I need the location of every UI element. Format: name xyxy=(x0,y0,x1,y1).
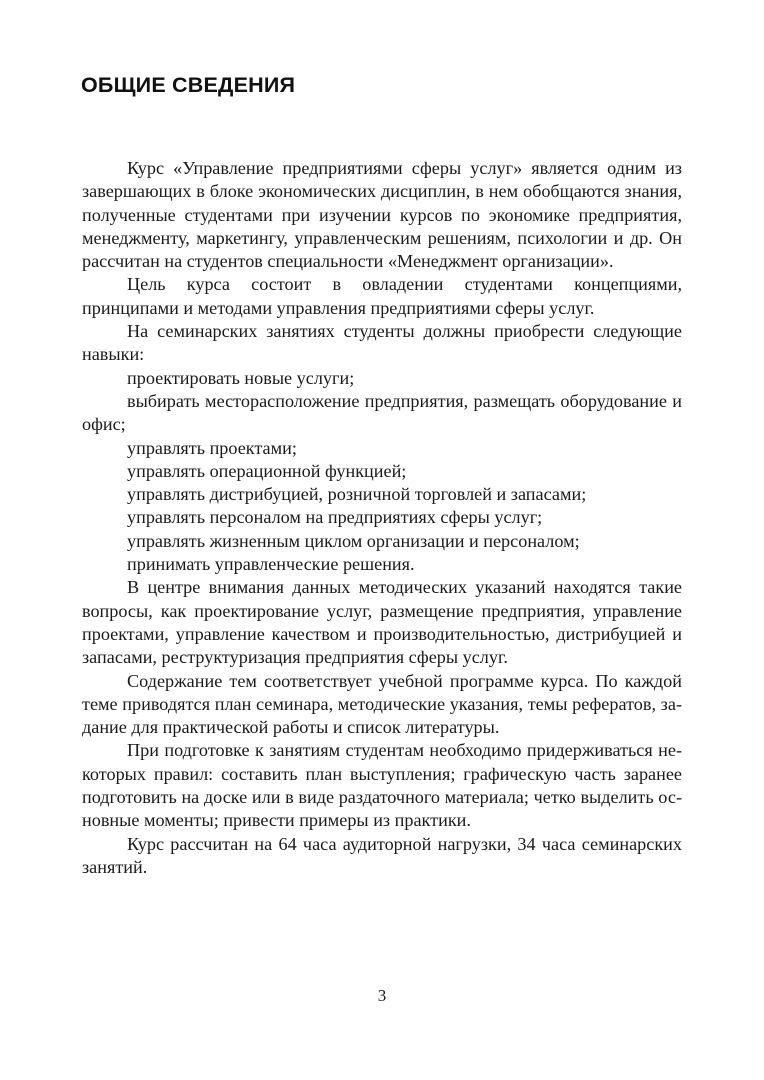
skill-item: проектировать новые услуги; xyxy=(82,367,682,390)
skill-item: управлять жизненным циклом организации и… xyxy=(82,530,682,553)
document-page: ОБЩИЕ СВЕДЕНИЯ Курс «Управление предприя… xyxy=(0,0,764,1080)
skills-list: проектировать новые услуги; выбирать мес… xyxy=(82,367,682,577)
paragraph-preparation-rules: При подготовке к занятиям студентам необ… xyxy=(82,739,682,832)
skill-item: выбирать месторасположение предприятия, … xyxy=(82,390,682,437)
paragraph-skills-intro: На семинарских занятиях студенты должны … xyxy=(82,320,682,367)
skill-item: управлять проектами; xyxy=(82,437,682,460)
body-text: Курс «Управление предприятиями сферы усл… xyxy=(82,157,682,879)
skill-item: управлять персоналом на предприятиях сфе… xyxy=(82,506,682,529)
skill-item: принимать управленческие решения. xyxy=(82,553,682,576)
page-number: 3 xyxy=(0,986,764,1006)
skill-item: управлять операционной функцией; xyxy=(82,460,682,483)
skill-item: управлять дистрибуцией, розничной торгов… xyxy=(82,483,682,506)
paragraph-course-goal: Цель курса состоит в овладении студентам… xyxy=(82,273,682,320)
paragraph-course-intro: Курс «Управление предприятиями сферы усл… xyxy=(82,157,682,273)
paragraph-content-structure: Содержание тем соответствует учебной про… xyxy=(82,670,682,740)
section-title: ОБЩИЕ СВЕДЕНИЯ xyxy=(81,73,295,98)
paragraph-focus-topics: В центре внимания данных методических ук… xyxy=(82,576,682,669)
paragraph-course-hours: Курс рассчитан на 64 часа аудиторной наг… xyxy=(82,833,682,880)
